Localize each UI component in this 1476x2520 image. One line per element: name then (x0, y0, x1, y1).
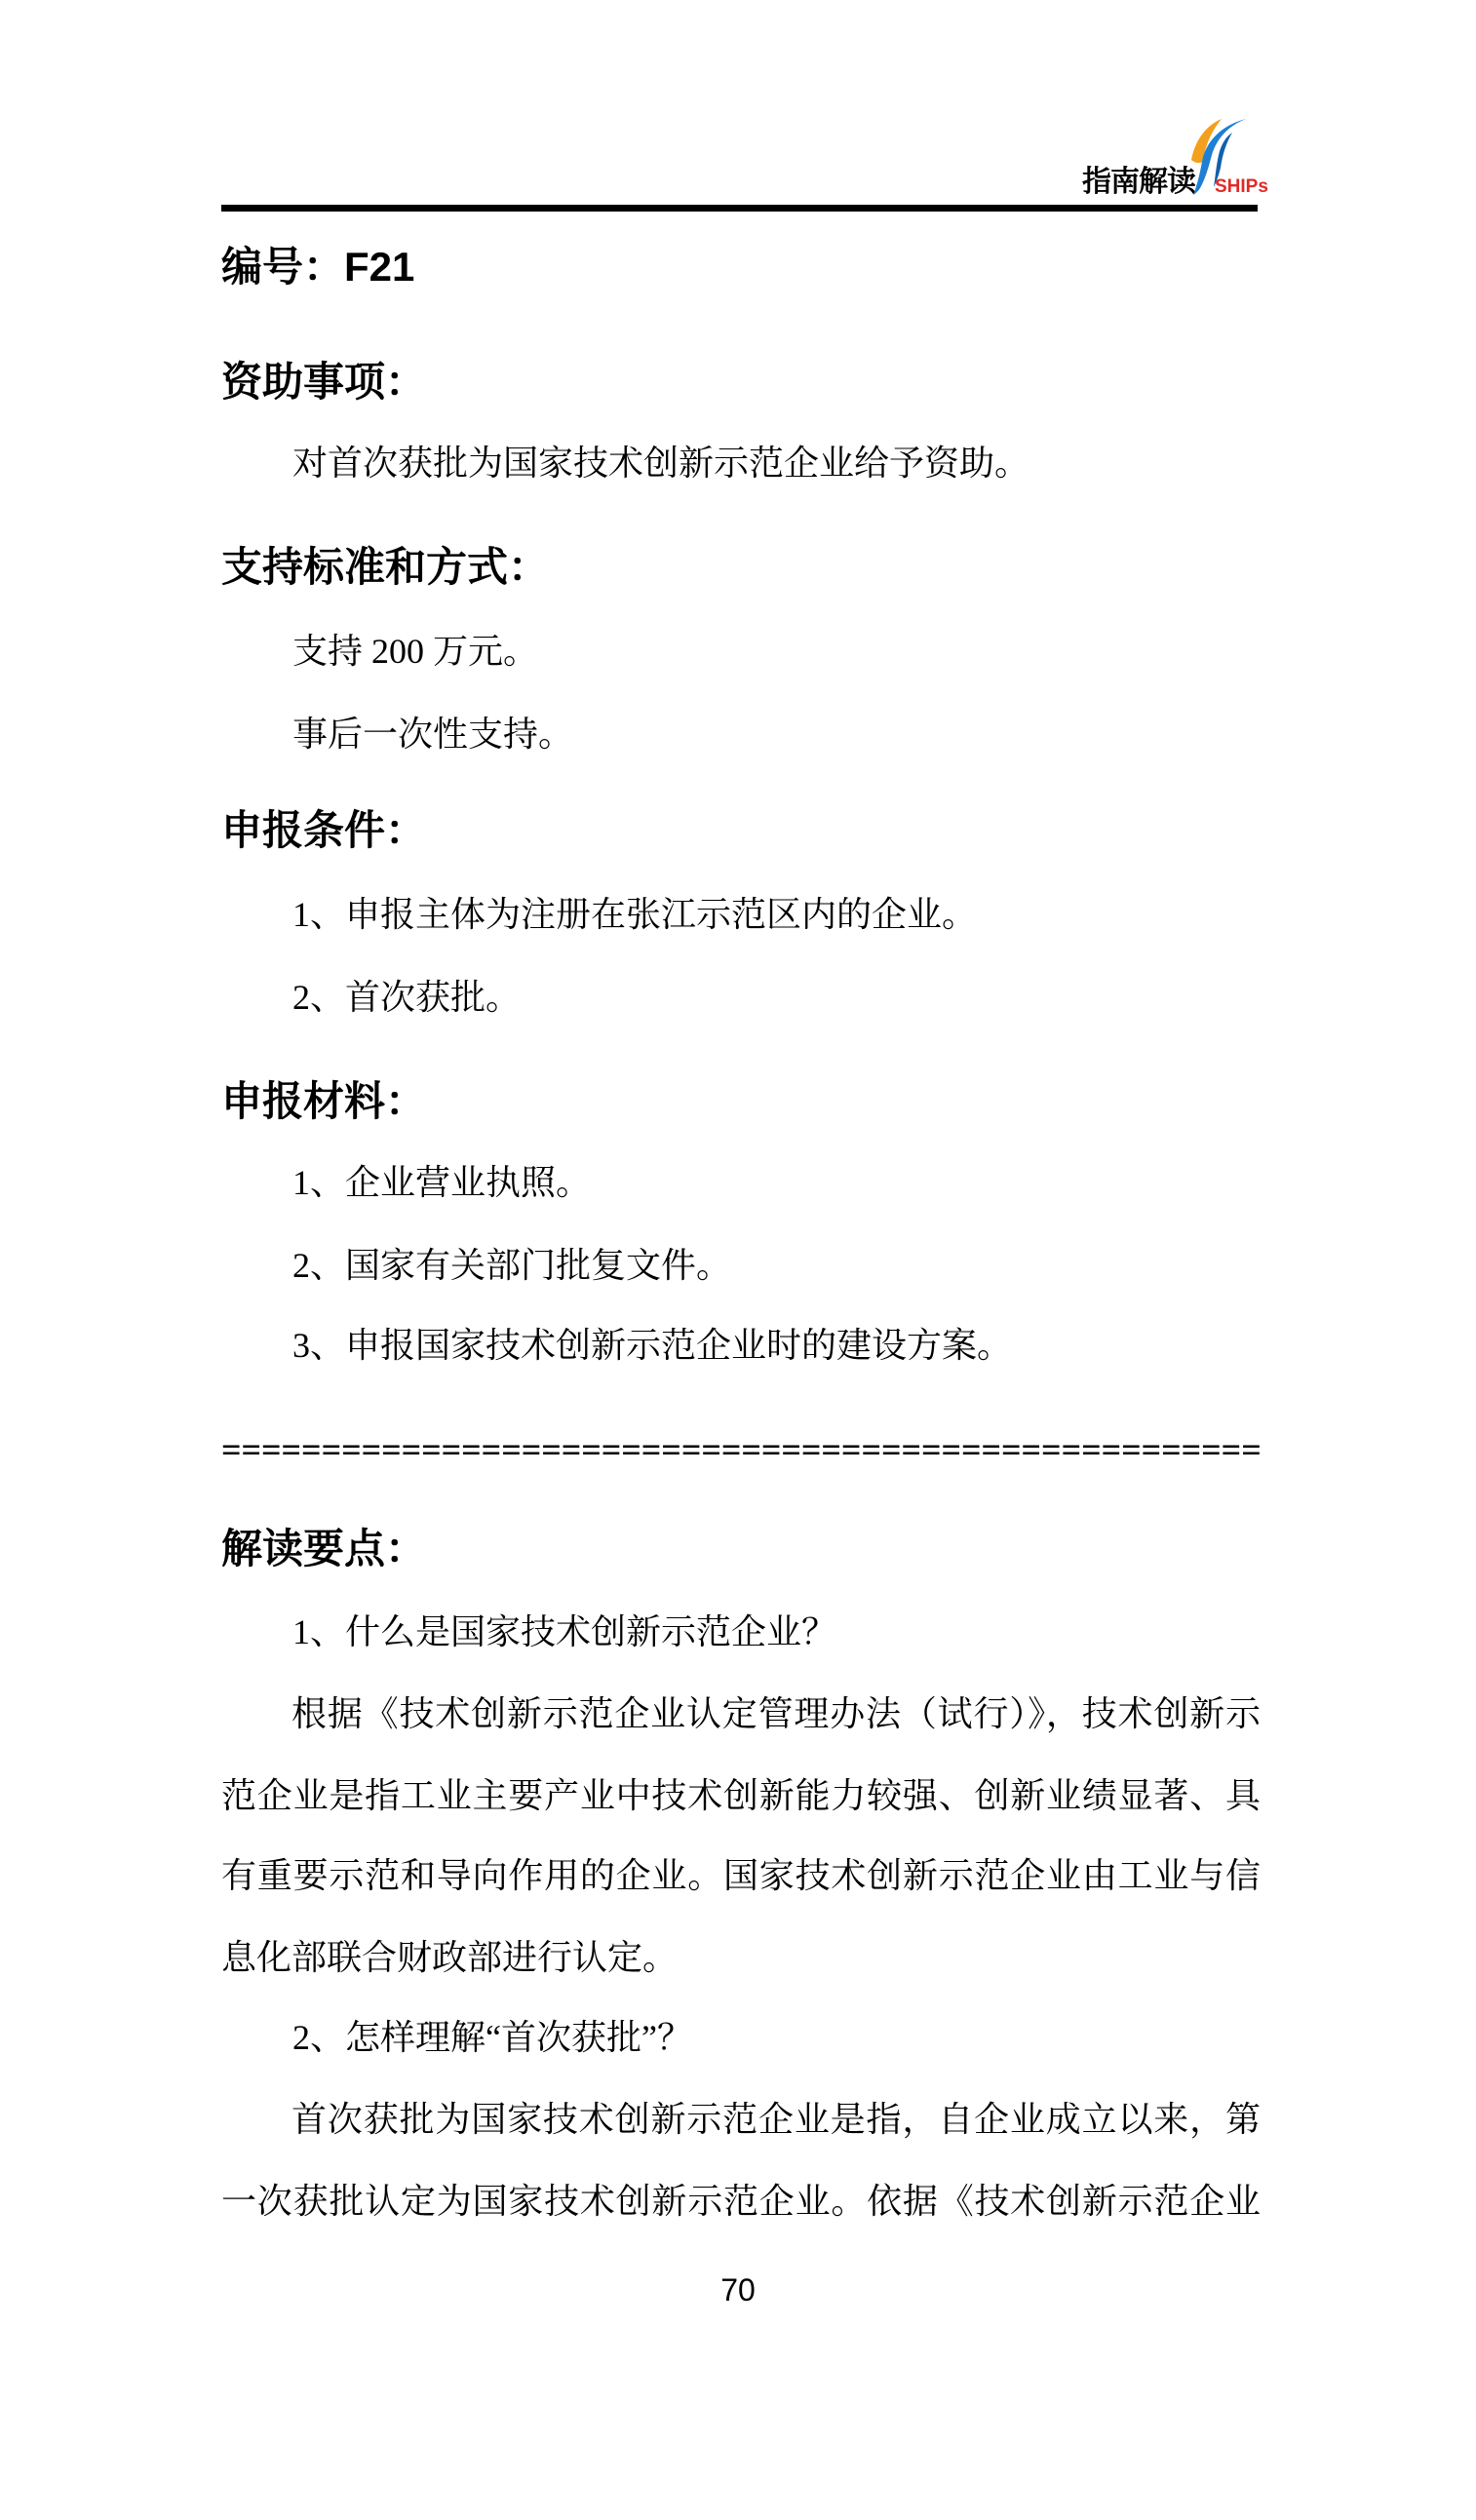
body-support-method: 事后一次性支持。 (292, 713, 573, 756)
body-question-1: 1、什么是国家技术创新示范企业？ (292, 1610, 836, 1653)
heading-interpretation-points: 解读要点： (221, 1526, 426, 1572)
heading-application-materials: 申报材料： (221, 1078, 426, 1125)
body-question-2: 2、怎样理解“首次获批”？ (292, 2016, 692, 2059)
section-separator: ========================================… (221, 1432, 1261, 1467)
body-material-3: 3、申报国家技术创新示范企业时的建设方案。 (292, 1324, 1012, 1367)
body-answer1-line3: 有重要示范和导向作用的企业。国家技术创新示范企业由工业与信 (221, 1854, 1261, 1897)
body-funding-item: 对首次获批为国家技术创新示范企业给予资助。 (292, 442, 1029, 485)
body-answer1-line4: 息化部联合财政部进行认定。 (221, 1936, 1261, 1979)
body-support-amount: 支持 200 万元。 (292, 630, 538, 673)
heading-application-conditions: 申报条件： (221, 807, 426, 854)
body-material-1: 1、企业营业执照。 (292, 1161, 591, 1204)
page-number: 70 (0, 2273, 1476, 2307)
heading-number: 编号：F21 (221, 244, 414, 291)
heading-funding-item: 资助事项： (221, 359, 426, 406)
body-answer2-line2: 一次获批认定为国家技术创新示范企业。依据《技术创新示范企业 (221, 2180, 1261, 2223)
body-condition-2: 2、首次获批。 (292, 976, 521, 1019)
heading-support-standard: 支持标准和方式： (221, 544, 549, 591)
header-divider-rule (221, 205, 1258, 212)
body-answer2-line1: 首次获批为国家技术创新示范企业是指，自企业成立以来，第 (221, 2098, 1261, 2141)
brand-title: 指南解读 (1082, 166, 1195, 199)
document-page: 指南解读 SHIPs 编号：F21 资助事项： 对首次获批为国家技术创新示范企业… (0, 0, 1476, 2520)
body-material-2: 2、国家有关部门批复文件。 (292, 1244, 731, 1287)
body-answer1-line1: 根据《技术创新示范企业认定管理办法（试行）》，技术创新示 (221, 1692, 1261, 1735)
brand-subtitle: SHIPs (1215, 177, 1268, 197)
body-condition-1: 1、申报主体为注册在张江示范区内的企业。 (292, 893, 977, 936)
body-answer1-line2: 范企业是指工业主要产业中技术创新能力较强、创新业绩显著、具 (221, 1774, 1261, 1817)
